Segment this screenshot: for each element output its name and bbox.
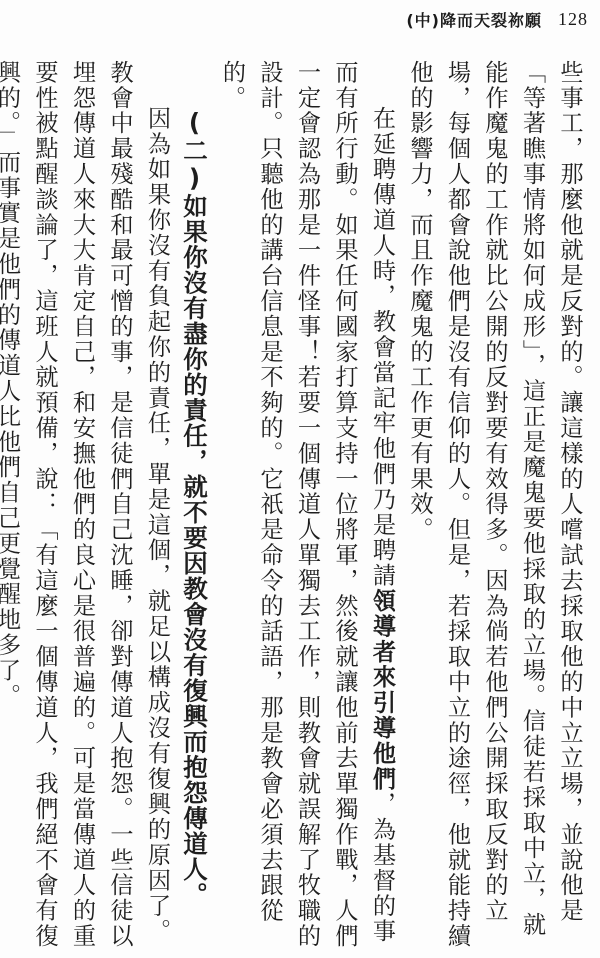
paragraph-continuation: 些事工，那麼他就是反對的。讓這樣的人嚐試去採取他的中立立場，並說他是「等著瞧事情… [401,60,589,950]
paragraph-responsibility: 因為如果你沒有負起你的責任，單是這個，就足以構成沒有復興的原因了。教會中最殘酷和… [0,60,176,950]
paragraph-hiring-pastor: 在延聘傳道人時，教會當記牢他們乃是聘請領導者來引導他們，為基督的事而有所行動。如… [213,60,401,950]
running-header: (中)降而天裂祢願 128 [406,6,588,32]
chapter-title: (中)降而天裂祢願 [406,8,542,31]
book-page: (中)降而天裂祢願 128 些事工，那麼他就是反對的。讓這樣的人嚐試去採取他的中… [0,0,600,958]
vertical-body-text: 些事工，那麼他就是反對的。讓這樣的人嚐試去採取他的中立立場，並說他是「等著瞧事情… [8,60,588,950]
emphasized-phrase: 領導者來引導他們 [369,589,396,792]
page-number: 128 [558,9,588,30]
paragraph-text-before: 在延聘傳道人時，教會當記牢他們乃是聘請 [369,106,396,589]
section-heading: (二)如果你沒有盡你的責任，就不要因教會沒有復興而抱怨傳道人。 [176,60,214,950]
